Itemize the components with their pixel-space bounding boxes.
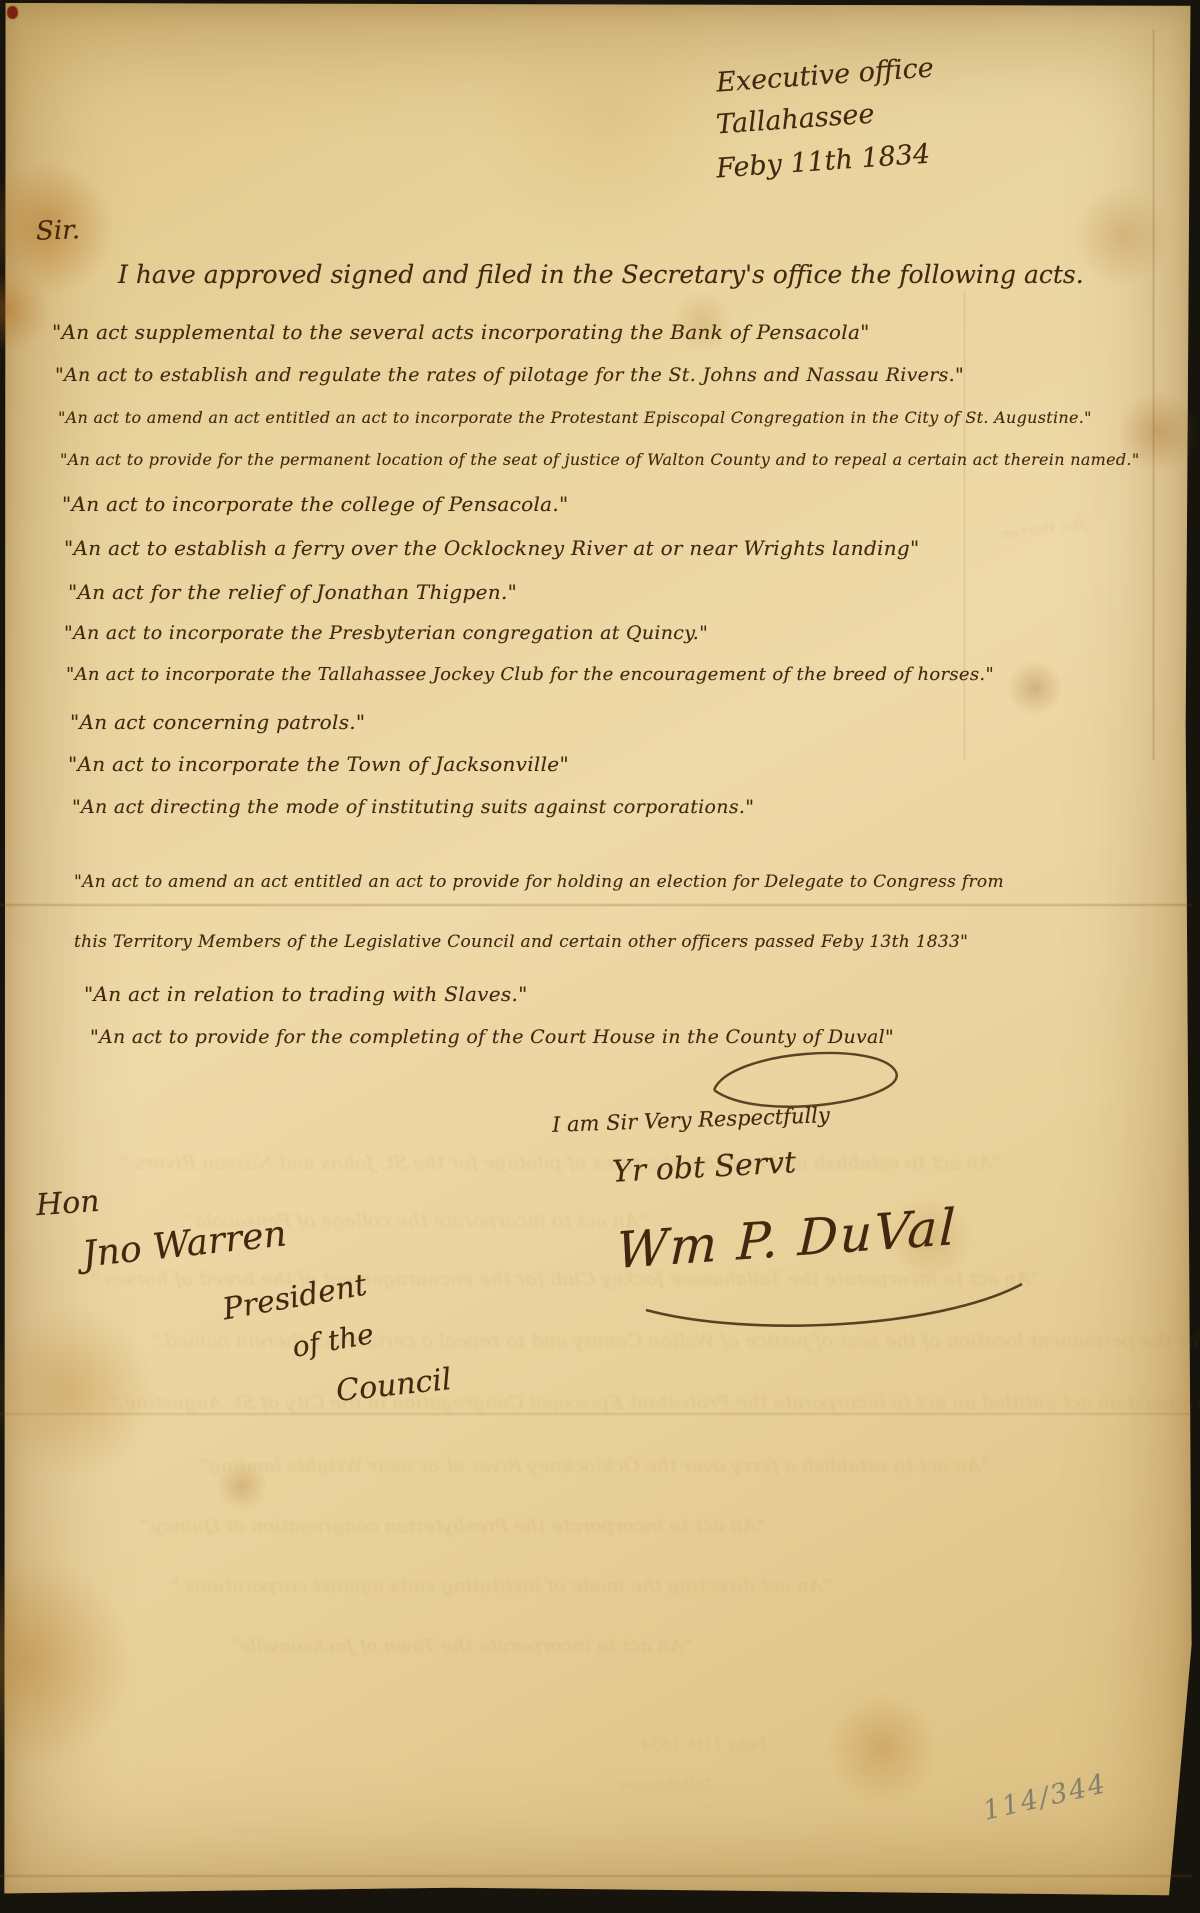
act-item: "An act to incorporate the Tallahassee J…	[66, 664, 994, 685]
corner-ink-mark	[7, 6, 18, 19]
act-item: "An act to amend an act entitled an act …	[74, 852, 1014, 972]
act-item: "An act concerning patrols."	[70, 710, 365, 734]
act-item: "An act to establish a ferry over the Oc…	[64, 536, 920, 560]
signature-flourish	[640, 1272, 1040, 1332]
act-item: "An act directing the mode of institutin…	[72, 796, 754, 818]
opening-sentence: I have approved signed and filed in the …	[118, 260, 1084, 289]
act-item: "An act to amend an act entitled an act …	[58, 408, 1092, 427]
salutation: Sir.	[35, 215, 80, 247]
act-item: "An act to provide for the permanent loc…	[60, 450, 1139, 469]
act-item: "An act to establish and regulate the ra…	[55, 364, 964, 386]
act-item: "An act for the relief of Jonathan Thigp…	[68, 580, 517, 604]
act-item: "An act to incorporate the Town of Jacks…	[68, 752, 569, 776]
act-item: "An act supplemental to the several acts…	[52, 320, 870, 344]
act-item: "An act to incorporate the college of Pe…	[62, 492, 569, 516]
address-honorific: Hon	[35, 1184, 101, 1223]
act-item: "An act in relation to trading with Slav…	[84, 982, 528, 1006]
act-item: "An act to incorporate the Presbyterian …	[64, 622, 708, 644]
document-photo: "An act to establish and regulate the ra…	[0, 0, 1200, 1913]
